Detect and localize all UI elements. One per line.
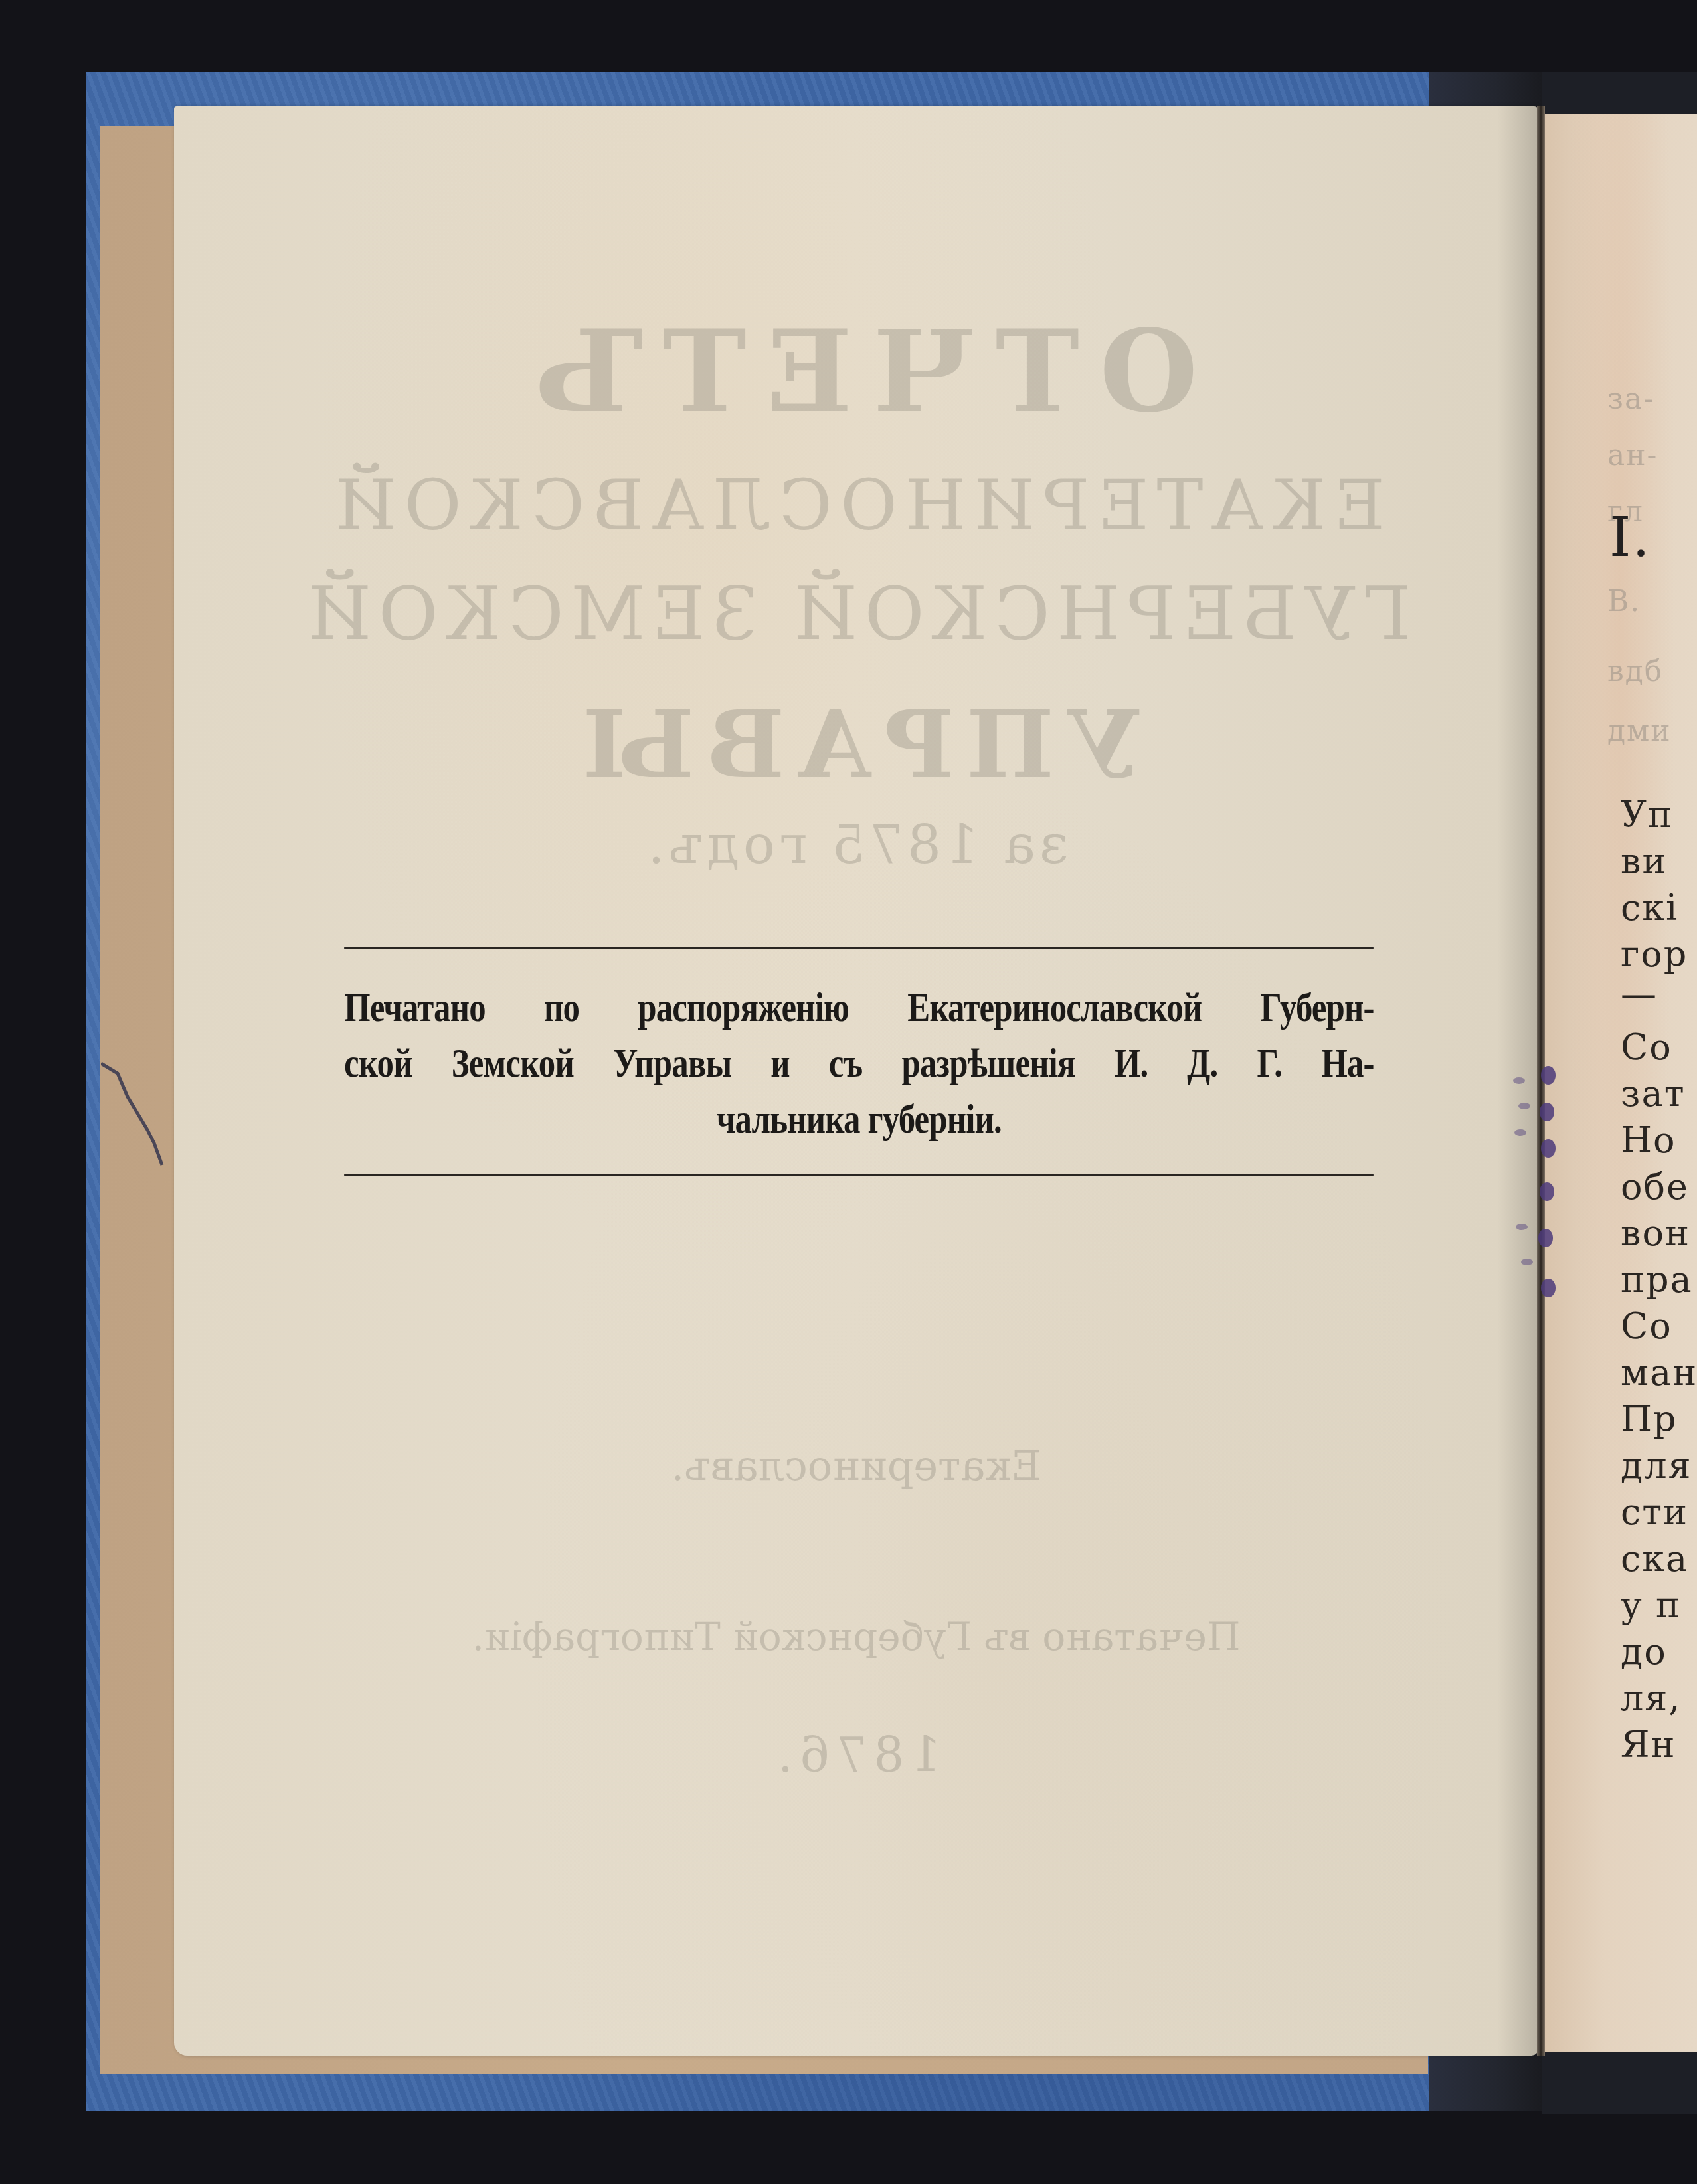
bleed-line: за 1875 годъ. — [174, 814, 1538, 875]
facing-faint-line: В. — [1607, 585, 1641, 618]
bottom-rule — [344, 1174, 1374, 1176]
facing-line: зат — [1621, 1073, 1686, 1115]
facing-line: до — [1621, 1631, 1667, 1673]
facing-line: для — [1621, 1445, 1692, 1487]
facing-line: ви — [1621, 840, 1667, 882]
facing-faint-line: ан- — [1607, 438, 1658, 472]
stamp-mark-icon — [1541, 1279, 1556, 1297]
facing-line: у п — [1621, 1584, 1681, 1626]
facing-line: гор — [1621, 933, 1688, 975]
facing-faint-line: за- — [1607, 382, 1654, 416]
bleed-line: Екатеринославъ. — [174, 1441, 1538, 1490]
stamp-mark-icon — [1514, 1129, 1526, 1136]
bleed-line: ЕКАТЕРИНОСЛАВСКОЙ — [174, 465, 1538, 546]
stamp-mark-icon — [1518, 1103, 1530, 1109]
stamp-mark-icon — [1540, 1103, 1554, 1121]
facing-faint-line: вдб — [1607, 654, 1663, 688]
facing-line: сти — [1621, 1491, 1688, 1533]
notice-line: Печатано по распоряженію Екатеринославск… — [344, 980, 1374, 1036]
bleed-title: ОТЧЕТЪ — [174, 306, 1538, 438]
printing-notice: Печатано по распоряженію Екатеринославск… — [344, 947, 1374, 1176]
stamp-mark-icon — [1541, 1066, 1556, 1085]
bleed-line: ГУБЕРНСКОЙ ЗЕМСКОЙ — [174, 571, 1538, 656]
bleed-line: 1876. — [174, 1727, 1538, 1783]
facing-line: — — [1621, 973, 1658, 1015]
bleed-line: УПРАВЫ — [174, 691, 1538, 800]
notice-line: чальника губерніи. — [344, 1091, 1374, 1147]
notice-line: ской Земской Управы и съ разрѣшенія И. Д… — [344, 1036, 1374, 1091]
facing-line: скі — [1621, 887, 1678, 929]
facing-line: Уп — [1621, 794, 1673, 836]
stamp-mark-icon — [1521, 1259, 1533, 1265]
facing-line: Ян — [1621, 1724, 1676, 1766]
facing-line: Пр — [1621, 1398, 1678, 1440]
stamp-mark-icon — [1538, 1229, 1553, 1247]
facing-line: обе — [1621, 1166, 1689, 1208]
facing-line: пра — [1621, 1259, 1693, 1301]
paper-tear-icon — [101, 1060, 174, 1170]
facing-line: ска — [1621, 1538, 1688, 1580]
facing-line: ля, — [1621, 1677, 1682, 1719]
stamp-mark-icon — [1513, 1077, 1525, 1084]
facing-faint-line: гл — [1607, 495, 1644, 529]
stamp-mark-icon — [1541, 1139, 1556, 1158]
facing-line: Со — [1621, 1026, 1672, 1068]
facing-line: ман — [1621, 1352, 1697, 1394]
stamp-mark-icon — [1516, 1224, 1528, 1230]
notice-text: Печатано по распоряженію Екатеринославск… — [344, 949, 1374, 1174]
facing-faint-line: дми — [1607, 714, 1672, 748]
bleed-line: Печатано въ Губернской Типографіи. — [174, 1614, 1538, 1659]
facing-line: вон — [1621, 1212, 1690, 1254]
stamp-mark-icon — [1540, 1182, 1554, 1201]
facing-line: Но — [1621, 1119, 1676, 1161]
facing-line: Со — [1621, 1305, 1672, 1347]
